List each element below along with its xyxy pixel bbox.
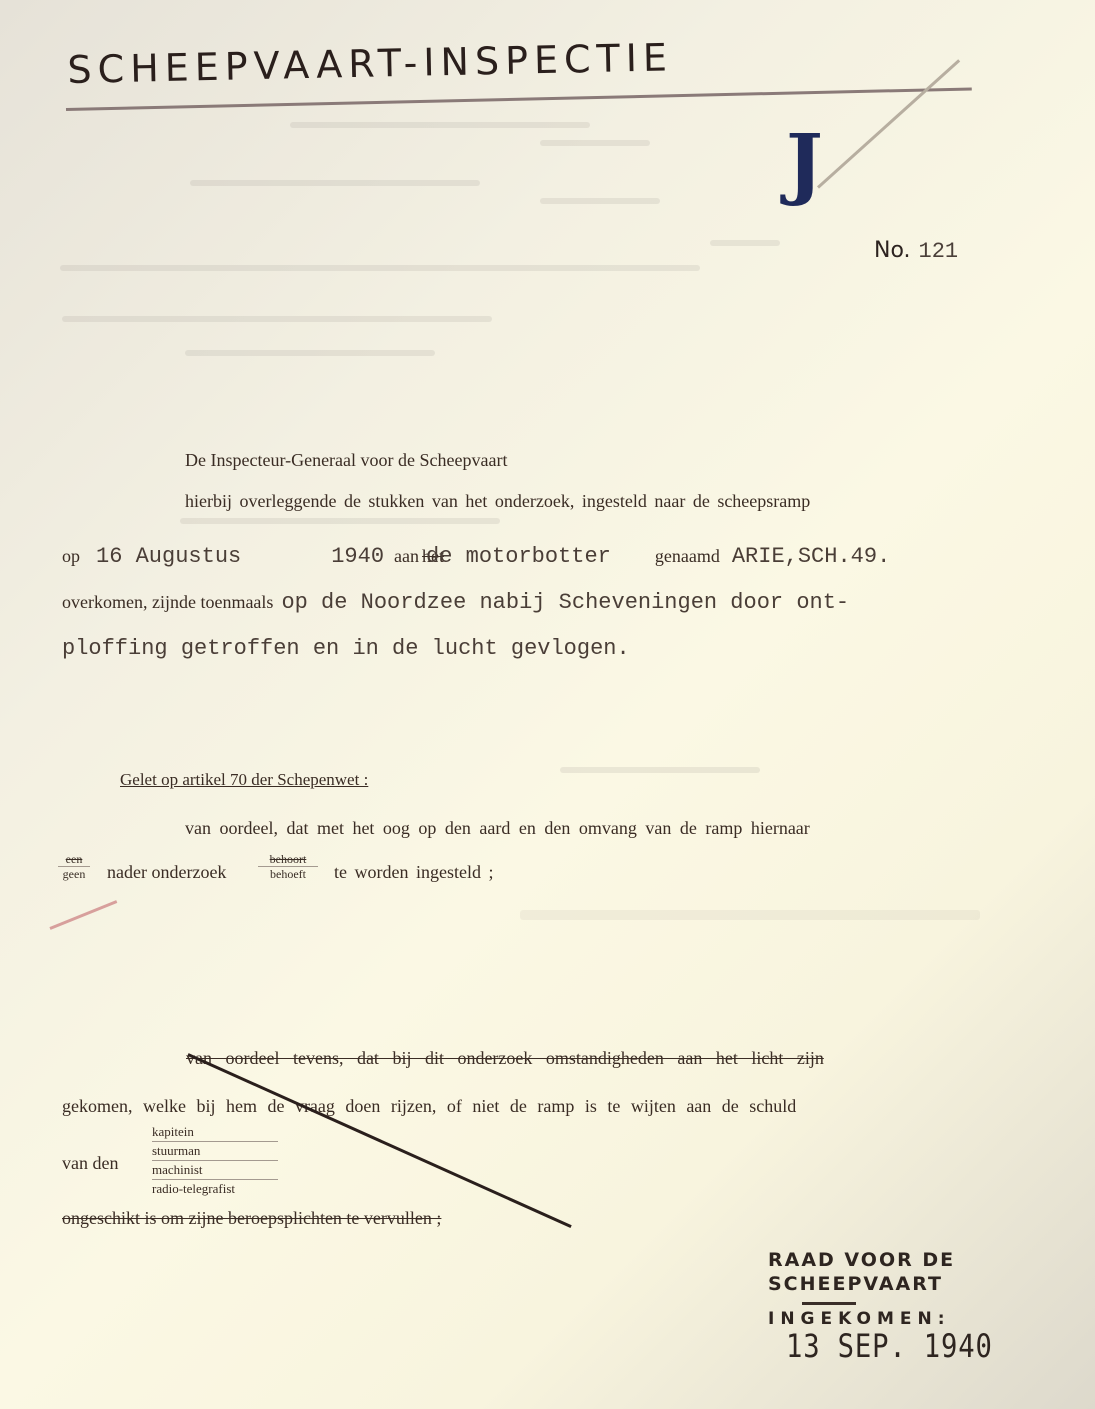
show-through-mark — [190, 180, 480, 186]
stamp-line-2: SCHEEPVAART — [768, 1272, 1029, 1296]
show-through-mark — [540, 198, 660, 204]
role-options: kapitein stuurman machinist radio-telegr… — [152, 1123, 278, 1198]
stamp-rule — [802, 1302, 856, 1305]
red-pencil-mark — [49, 900, 117, 930]
role-option: radio-telegrafist — [152, 1180, 278, 1198]
document-number-value: 121 — [919, 239, 959, 264]
slash-divider — [817, 59, 960, 188]
show-through-mark — [290, 122, 590, 128]
show-through-mark — [520, 910, 980, 920]
choice-struck: behoort — [258, 852, 318, 867]
prefix-op: op — [62, 546, 80, 566]
show-through-mark — [560, 767, 760, 773]
letterhead-title: SCHEEPVAART-INSPECTIE — [67, 35, 673, 92]
choice-behoort-behoeft: behoort behoeft — [258, 852, 318, 881]
document-number-label: No. — [874, 238, 911, 263]
body-line-4: overkomen, zijnde toenmaals op de Noordz… — [62, 590, 849, 615]
body-line-5: ploffing getroffen en in de lucht gevlog… — [62, 636, 630, 661]
received-stamp: RAAD VOOR DE SCHEEPVAART INGEKOMEN: 13 S… — [768, 1248, 1029, 1365]
nader-onderzoek: nader onderzoek — [107, 862, 226, 883]
incident-date: 16 Augustus — [96, 544, 241, 569]
struck-line-1: van oordeel tevens, dat bij dit onderzoe… — [186, 1048, 824, 1069]
body-line-3: op 16 Augustus 1940 aanhetde motorbotter… — [62, 544, 890, 569]
letterhead-rule — [66, 87, 972, 111]
named-label: genaamd — [655, 546, 720, 566]
ruling-heading: Gelet op artikel 70 der Schepenwet : — [120, 770, 368, 790]
vessel-type: de motorbotter — [426, 544, 611, 569]
show-through-mark — [180, 518, 500, 524]
ruling-line-1: van oordeel, dat met het oog op den aard… — [185, 818, 810, 839]
choice-kept: behoeft — [258, 867, 318, 881]
document-number: No.121 — [874, 237, 958, 264]
show-through-mark — [185, 350, 435, 356]
show-through-mark — [710, 240, 780, 246]
incident-year: 1940 — [331, 544, 384, 569]
body-line-1: De Inspecteur-Generaal voor de Scheepvaa… — [185, 450, 507, 471]
aan-text: aan — [394, 546, 419, 566]
show-through-mark — [540, 140, 650, 146]
stamp-date: 13 SEP. 1940 — [786, 1327, 993, 1365]
van-den: van den — [62, 1153, 118, 1174]
stamp-line-3: INGEKOMEN: — [768, 1309, 1029, 1329]
show-through-mark — [62, 316, 492, 322]
role-option: machinist — [152, 1161, 278, 1180]
handwritten-mark: J — [786, 118, 823, 209]
body-line-2: hierbij overleggende de stukken van het … — [185, 491, 810, 512]
role-option: stuurman — [152, 1142, 278, 1161]
struck-line-3: ongeschikt is om zijne beroepsplichten t… — [62, 1208, 441, 1229]
vessel-name: ARIE,SCH.49. — [732, 544, 890, 569]
show-through-mark — [60, 265, 700, 271]
choice-een-geen: een geen — [58, 852, 90, 881]
choice-struck: een — [58, 852, 90, 867]
overkomen-text: overkomen, zijnde toenmaals — [62, 592, 273, 612]
stamp-line-1: RAAD VOOR DE — [768, 1248, 1029, 1272]
role-option: kapitein — [152, 1123, 278, 1142]
ruling-line-2-end: te worden ingesteld ; — [334, 862, 493, 883]
choice-kept: geen — [58, 867, 90, 881]
struck-line-2: gekomen, welke bij hem de vraag doen rij… — [62, 1096, 796, 1117]
location-text: op de Noordzee nabij Scheveningen door o… — [281, 590, 849, 615]
